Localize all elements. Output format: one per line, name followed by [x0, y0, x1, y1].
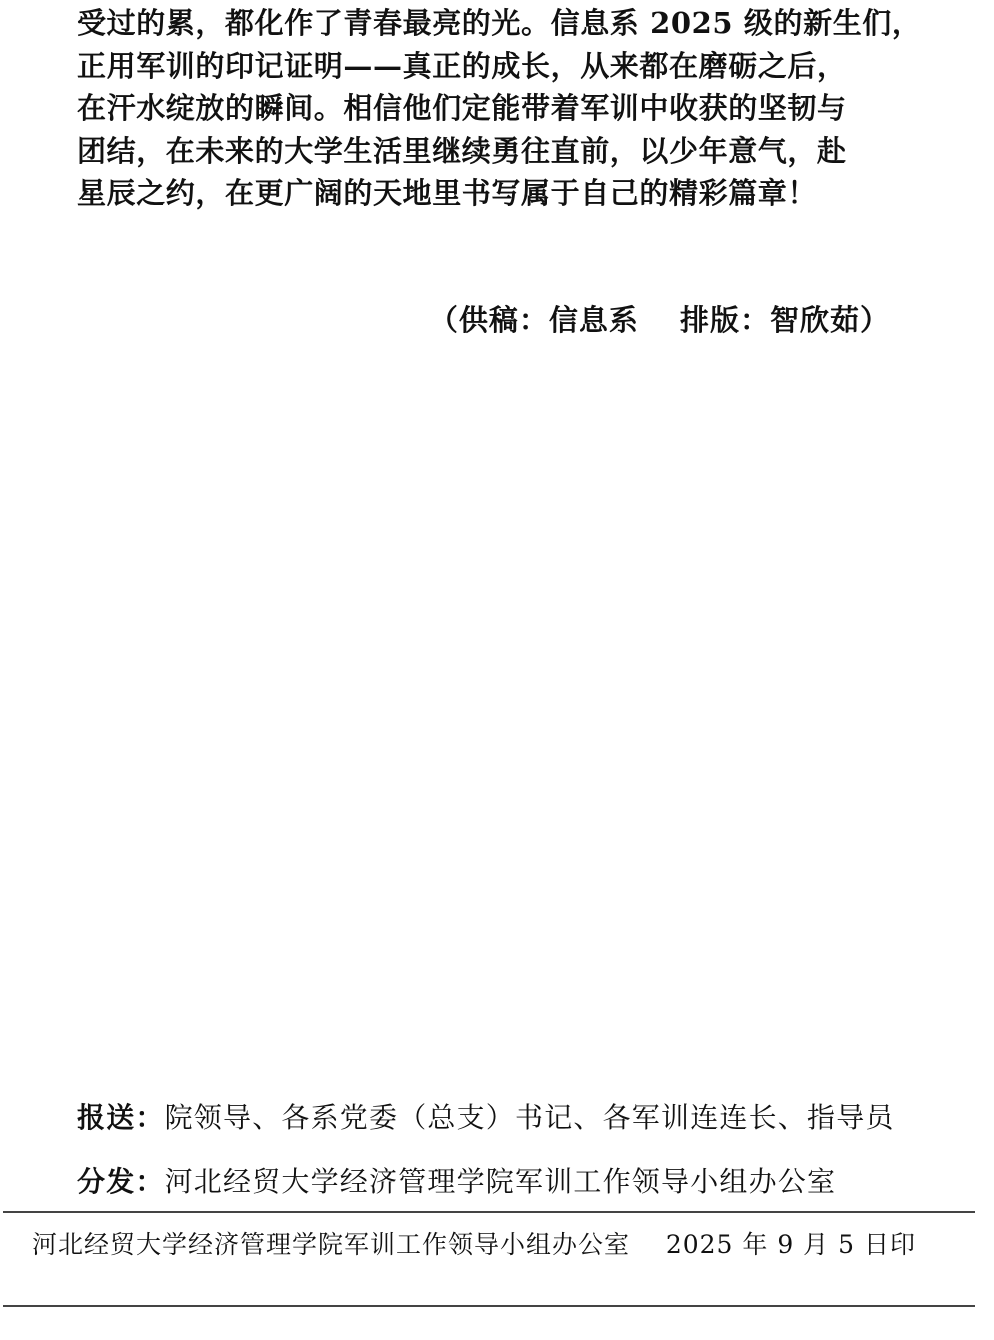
paragraph-line: 星辰之约，在更广阔的天地里书写属于自己的精彩篇章！	[77, 170, 907, 217]
report-to-line: 报送：院领导、各系党委（总支）书记、各军训连连长、指导员	[77, 1098, 895, 1138]
body-paragraph: 受过的累，都化作了青春最亮的光。信息系 2025 级的新生们， 正用军训的印记证…	[77, 0, 907, 217]
footer-bottom-rule	[3, 1305, 975, 1307]
footer-issuer: 河北经贸大学经济管理学院军训工作领导小组办公室	[32, 1230, 630, 1259]
footer-top-rule	[3, 1211, 975, 1213]
paragraph-line: 团结，在未来的大学生活里继续勇往直前，以少年意气，赴	[77, 128, 907, 175]
footer-print-date: 2025 年 9 月 5 日印	[666, 1230, 916, 1259]
paragraph-line: 在汗水绽放的瞬间。相信他们定能带着军训中收获的坚韧与	[77, 85, 907, 132]
credit-line: （供稿：信息系 排版：智欣茹）	[429, 298, 890, 342]
distribute-to-line: 分发：河北经贸大学经济管理学院军训工作领导小组办公室	[77, 1162, 836, 1202]
paragraph-line: 正用军训的印记证明——真正的成长，从来都在磨砺之后，	[77, 43, 907, 90]
paragraph-line: 受过的累，都化作了青春最亮的光。信息系 2025 级的新生们，	[77, 0, 907, 47]
footer-print-line: 河北经贸大学经济管理学院军训工作领导小组办公室 2025 年 9 月 5 日印	[32, 1227, 916, 1263]
distribute-to-value: 河北经贸大学经济管理学院军训工作领导小组办公室	[165, 1165, 837, 1198]
distribute-to-label: 分发：	[77, 1165, 165, 1198]
report-to-label: 报送：	[77, 1101, 165, 1134]
report-to-value: 院领导、各系党委（总支）书记、各军训连连长、指导员	[165, 1101, 895, 1134]
